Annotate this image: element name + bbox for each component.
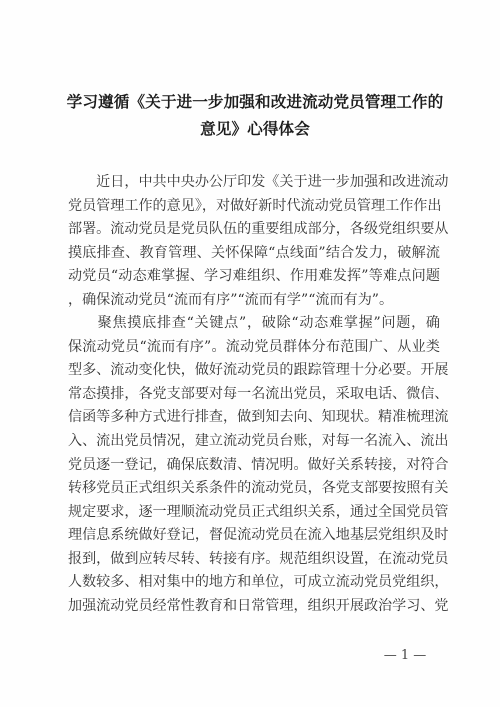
body-line: 加强流动党员经常性教育和日常管理，组织开展政治学习、党 <box>68 595 440 619</box>
body-line: ，确保流动党员“流而有序”“流而有学”“流而有为”。 <box>68 289 440 313</box>
body-line: 党员逐一登记，确保底数清、情况明。做好关系转接，对符合 <box>68 454 440 478</box>
document-body: 近日，中共中央办公厅印发《关于进一步加强和改进流动 党员管理工作的意见》，对做好… <box>68 171 440 618</box>
body-line: 人数较多、相对集中的地方和单位，可成立流动党员党组织， <box>68 571 440 595</box>
body-line: 规定要求，逐一理顺流动党员正式组织关系，通过全国党员管 <box>68 501 440 525</box>
body-line: 近日，中共中央办公厅印发《关于进一步加强和改进流动 <box>68 171 440 195</box>
body-line: 信函等多种方式进行排查，做到知去向、知现状。精准梳理流 <box>68 406 440 430</box>
page-number: — 1 — <box>380 648 430 663</box>
body-line: 常态摸排，各党支部要对每一名流出党员，采取电话、微信、 <box>68 383 440 407</box>
body-line: 摸底排查、教育管理、关怀保障“点线面”结合发力，破解流 <box>68 242 440 266</box>
title-line-2: 意见》心得体会 <box>60 116 450 143</box>
body-line: 党员管理工作的意见》，对做好新时代流动党员管理工作作出 <box>68 195 440 219</box>
document-title: 学习遵循《关于进一步加强和改进流动党员管理工作的 意见》心得体会 <box>60 89 450 143</box>
body-line: 理信息系统做好登记，督促流动党员在流入地基层党组织及时 <box>68 524 440 548</box>
title-line-1: 学习遵循《关于进一步加强和改进流动党员管理工作的 <box>60 89 450 116</box>
document-page: 学习遵循《关于进一步加强和改进流动党员管理工作的 意见》心得体会 近日，中共中央… <box>0 0 500 707</box>
body-line: 部署。流动党员是党员队伍的重要组成部分，各级党组织要从 <box>68 218 440 242</box>
body-line: 入、流出党员情况，建立流动党员台账，对每一名流入、流出 <box>68 430 440 454</box>
body-line: 保流动党员“流而有序”。流动党员群体分布范围广、从业类 <box>68 336 440 360</box>
body-line: 聚焦摸底排查“关键点”，破除“动态难掌握”问题，确 <box>68 312 440 336</box>
body-line: 型多、流动变化快，做好流动党员的跟踪管理十分必要。开展 <box>68 359 440 383</box>
body-line: 报到，做到应转尽转、转接有序。规范组织设置，在流动党员 <box>68 548 440 572</box>
body-line: 转移党员正式组织关系条件的流动党员，各党支部要按照有关 <box>68 477 440 501</box>
body-line: 动党员“动态难掌握、学习难组织、作用难发挥”等难点问题 <box>68 265 440 289</box>
